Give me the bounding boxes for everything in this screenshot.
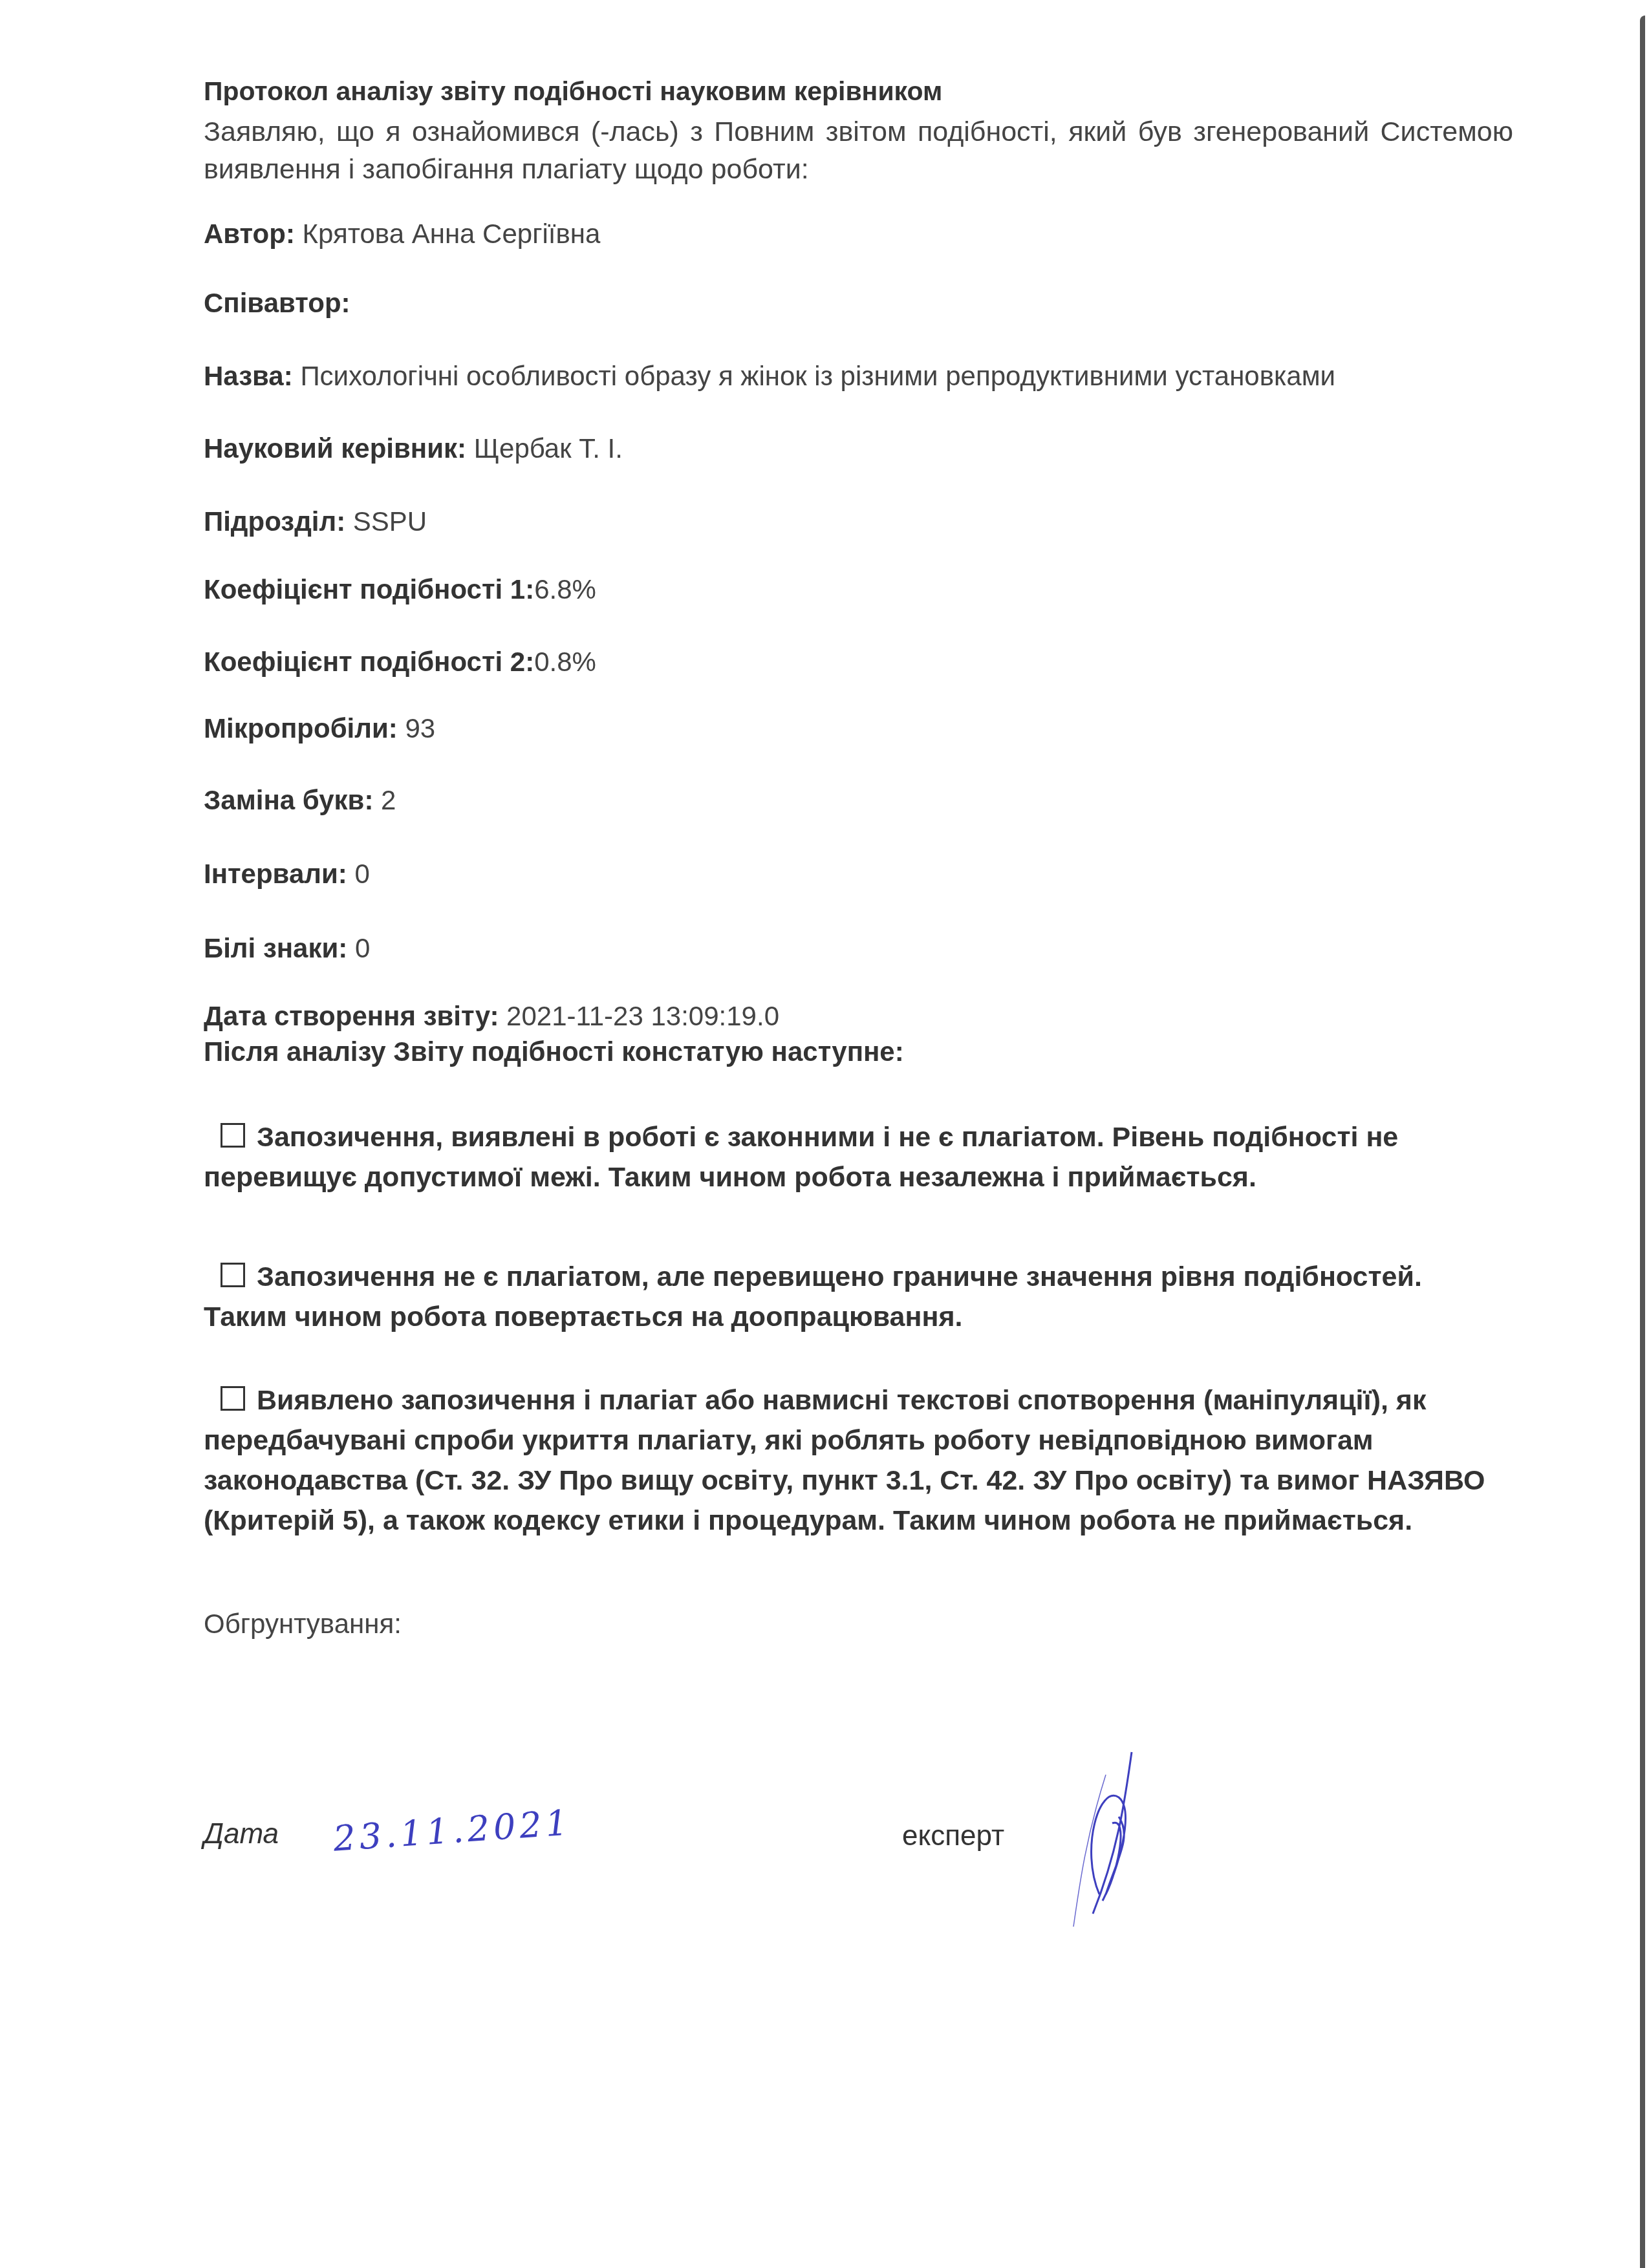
document-title: Протокол аналізу звіту подібності науков…: [204, 76, 942, 107]
field-title: Назва: Психологічні особливості образу я…: [204, 361, 1335, 392]
field-microspaces: Мікропробіли: 93: [204, 713, 435, 744]
intro-paragraph: Заявляю, що я ознайомився (-лась) з Повн…: [204, 113, 1513, 188]
field-report-date: Дата створення звіту: 2021-11-23 13:09:1…: [204, 1001, 779, 1032]
field-white-chars: Білі знаки: 0: [204, 933, 370, 964]
field-similarity-2: Коефіцієнт подібності 2:0.8%: [204, 647, 596, 678]
field-department: Підрозділ: SSPU: [204, 506, 427, 537]
field-coauthor: Співавтор:: [204, 288, 350, 319]
checkbox-revision[interactable]: [221, 1263, 245, 1287]
field-intervals: Інтервали: 0: [204, 859, 370, 890]
checkbox-accepted[interactable]: [221, 1123, 245, 1148]
option-rejected: Виявлено запозичення і плагіат або навми…: [204, 1380, 1536, 1541]
checkbox-rejected[interactable]: [221, 1386, 245, 1411]
expert-label: експерт: [902, 1820, 1004, 1852]
option-revision: Запозичення не є плагіатом, але перевище…: [204, 1257, 1471, 1337]
option-accepted: Запозичення, виявлені в роботі є законни…: [204, 1117, 1529, 1197]
date-label: Дата: [204, 1818, 279, 1850]
justification-label: Обгрунтування:: [204, 1609, 402, 1640]
signature-icon: [1022, 1746, 1138, 1940]
field-supervisor: Науковий керівник: Щербак Т. І.: [204, 433, 623, 464]
field-author: Автор: Крятова Анна Сергіївна: [204, 219, 600, 250]
field-letter-replacement: Заміна букв: 2: [204, 785, 396, 816]
handwritten-date: 23.11.2021: [332, 1802, 573, 1859]
field-similarity-1: Коефіцієнт подібності 1:6.8%: [204, 574, 596, 605]
page-edge: [1640, 16, 1645, 2268]
conclusion-heading: Після аналізу Звіту подібності констатую…: [204, 1036, 904, 1067]
